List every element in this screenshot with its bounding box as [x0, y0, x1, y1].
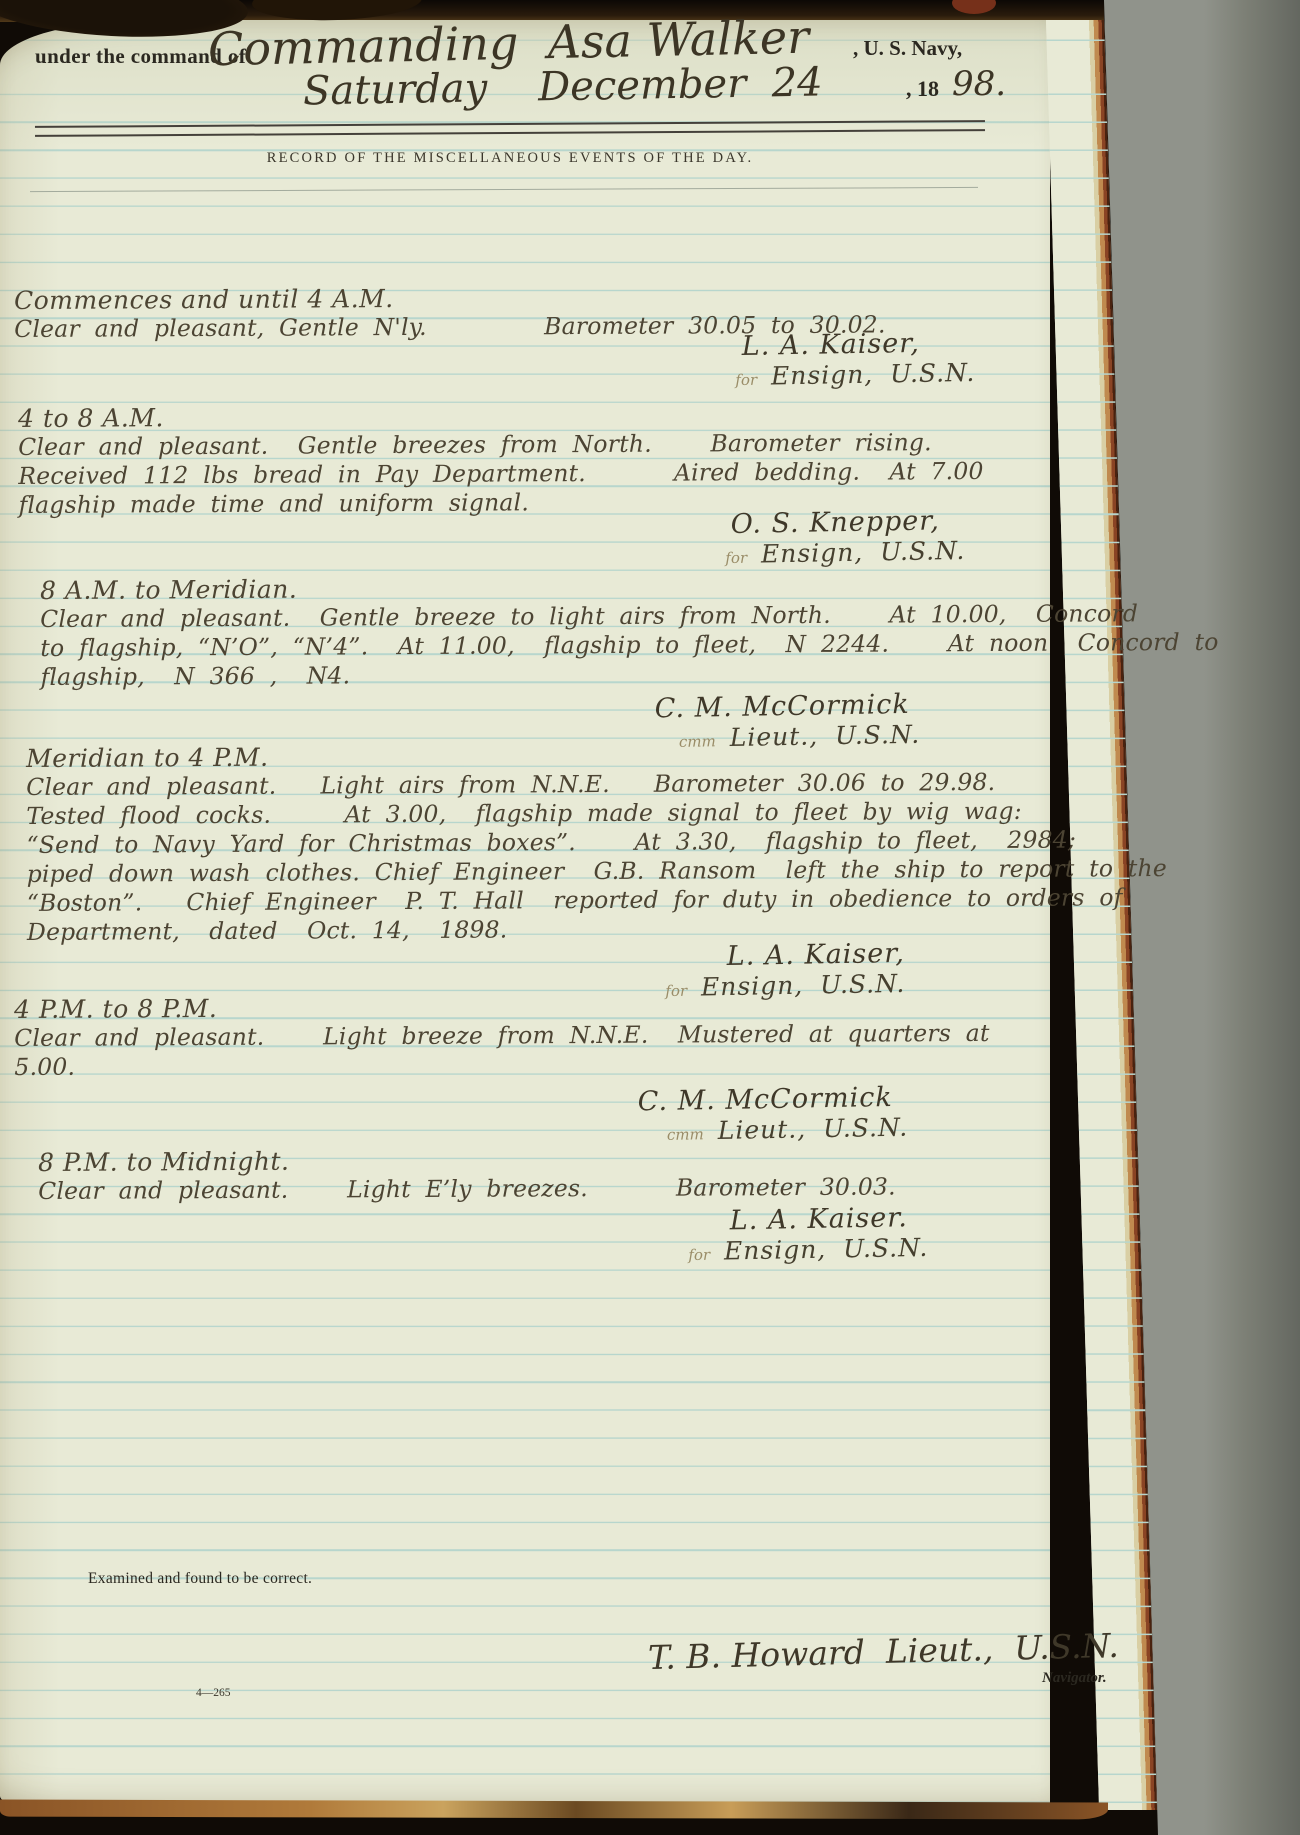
entry-line: Department, dated Oct. 14, 1898. — [27, 912, 1167, 947]
signature-rank-text: Ensign, U.S.N. — [724, 1233, 929, 1266]
signature-rank: forEnsign, U.S.N. — [735, 358, 976, 395]
signature-name: L. A. Kaiser, — [734, 329, 920, 362]
log-entry: 8 P.M. to Midnight.Clear and pleasant. L… — [38, 1144, 896, 1206]
signature-prefix: for — [735, 371, 757, 389]
entry-heading: 8 P.M. to Midnight. — [38, 1144, 896, 1177]
signature-rank: forEnsign, U.S.N. — [688, 1233, 929, 1270]
log-entry: Meridian to 4 P.M.Clear and pleasant. Li… — [26, 738, 1167, 947]
log-entry: 4 P.M. to 8 P.M.Clear and pleasant. Ligh… — [14, 990, 990, 1082]
logbook-scan: { "header": { "printed_prefix": "under t… — [0, 0, 1300, 1835]
entry-line: flagship, N 366 , N4. — [40, 657, 1218, 692]
printed-year-prefix: , 18 — [906, 76, 939, 102]
signature-name: O. S. Knepper, — [724, 506, 940, 540]
entry-line: Received 112 lbs bread in Pay Department… — [18, 457, 983, 491]
page-bottom-edge — [0, 1800, 1108, 1820]
signature-prefix: cmm — [667, 1125, 704, 1144]
date-script: Saturday December 24 — [303, 59, 823, 114]
year-script: 98. — [952, 64, 1006, 104]
signature-prefix: for — [725, 549, 747, 567]
entry-signature: O. S. Knepper,forEnsign, U.S.N. — [724, 506, 965, 573]
navigator-label: Navigator. — [1042, 1670, 1107, 1687]
entry-signature: L. A. Kaiser,forEnsign, U.S.N. — [734, 328, 975, 395]
entry-signature: L. A. Kaiser.forEnsign, U.S.N. — [687, 1203, 928, 1270]
entry-line: Clear and pleasant. Light breeze from N.… — [14, 1019, 989, 1053]
entry-heading: Commences and until 4 A.M. — [14, 281, 886, 315]
signature-rank-text: Lieut., U.S.N. — [717, 1113, 908, 1145]
entry-line: Clear and pleasant. Light E’ly breezes. … — [38, 1173, 896, 1206]
log-entry: 4 to 8 A.M.Clear and pleasant. Gentle br… — [18, 399, 984, 520]
signature-rank-text: Ensign, U.S.N. — [771, 358, 976, 391]
signature-name: L. A. Kaiser. — [687, 1203, 908, 1237]
entry-line: to flagship, “N’O”, “N’4”. At 11.00, fla… — [40, 628, 1218, 663]
form-number: 4—265 — [196, 1687, 231, 1699]
printed-navy-suffix: , U. S. Navy, — [853, 36, 962, 61]
signature-name: L. A. Kaiser, — [664, 939, 905, 973]
signature-name: C. M. McCormick — [654, 690, 909, 724]
signature-rank: forEnsign, U.S.N. — [725, 536, 966, 573]
entry-signature: C. M. McCormickcmmLieut., U.S.N. — [637, 1083, 908, 1151]
log-entry: 8 A.M. to Meridian.Clear and pleasant. G… — [40, 570, 1219, 692]
signature-rank-text: Ensign, U.S.N. — [761, 536, 966, 569]
examined-note: Examined and found to be correct. — [88, 1570, 312, 1588]
signature-prefix: for — [688, 1246, 710, 1264]
entry-line: 5.00. — [14, 1048, 989, 1082]
signature-name: C. M. McCormick — [637, 1083, 892, 1117]
section-title: RECORD OF THE MISCELLANEOUS EVENTS OF TH… — [35, 150, 985, 167]
entry-line: “Boston”. Chief Engineer P. T. Hall repo… — [27, 883, 1167, 918]
